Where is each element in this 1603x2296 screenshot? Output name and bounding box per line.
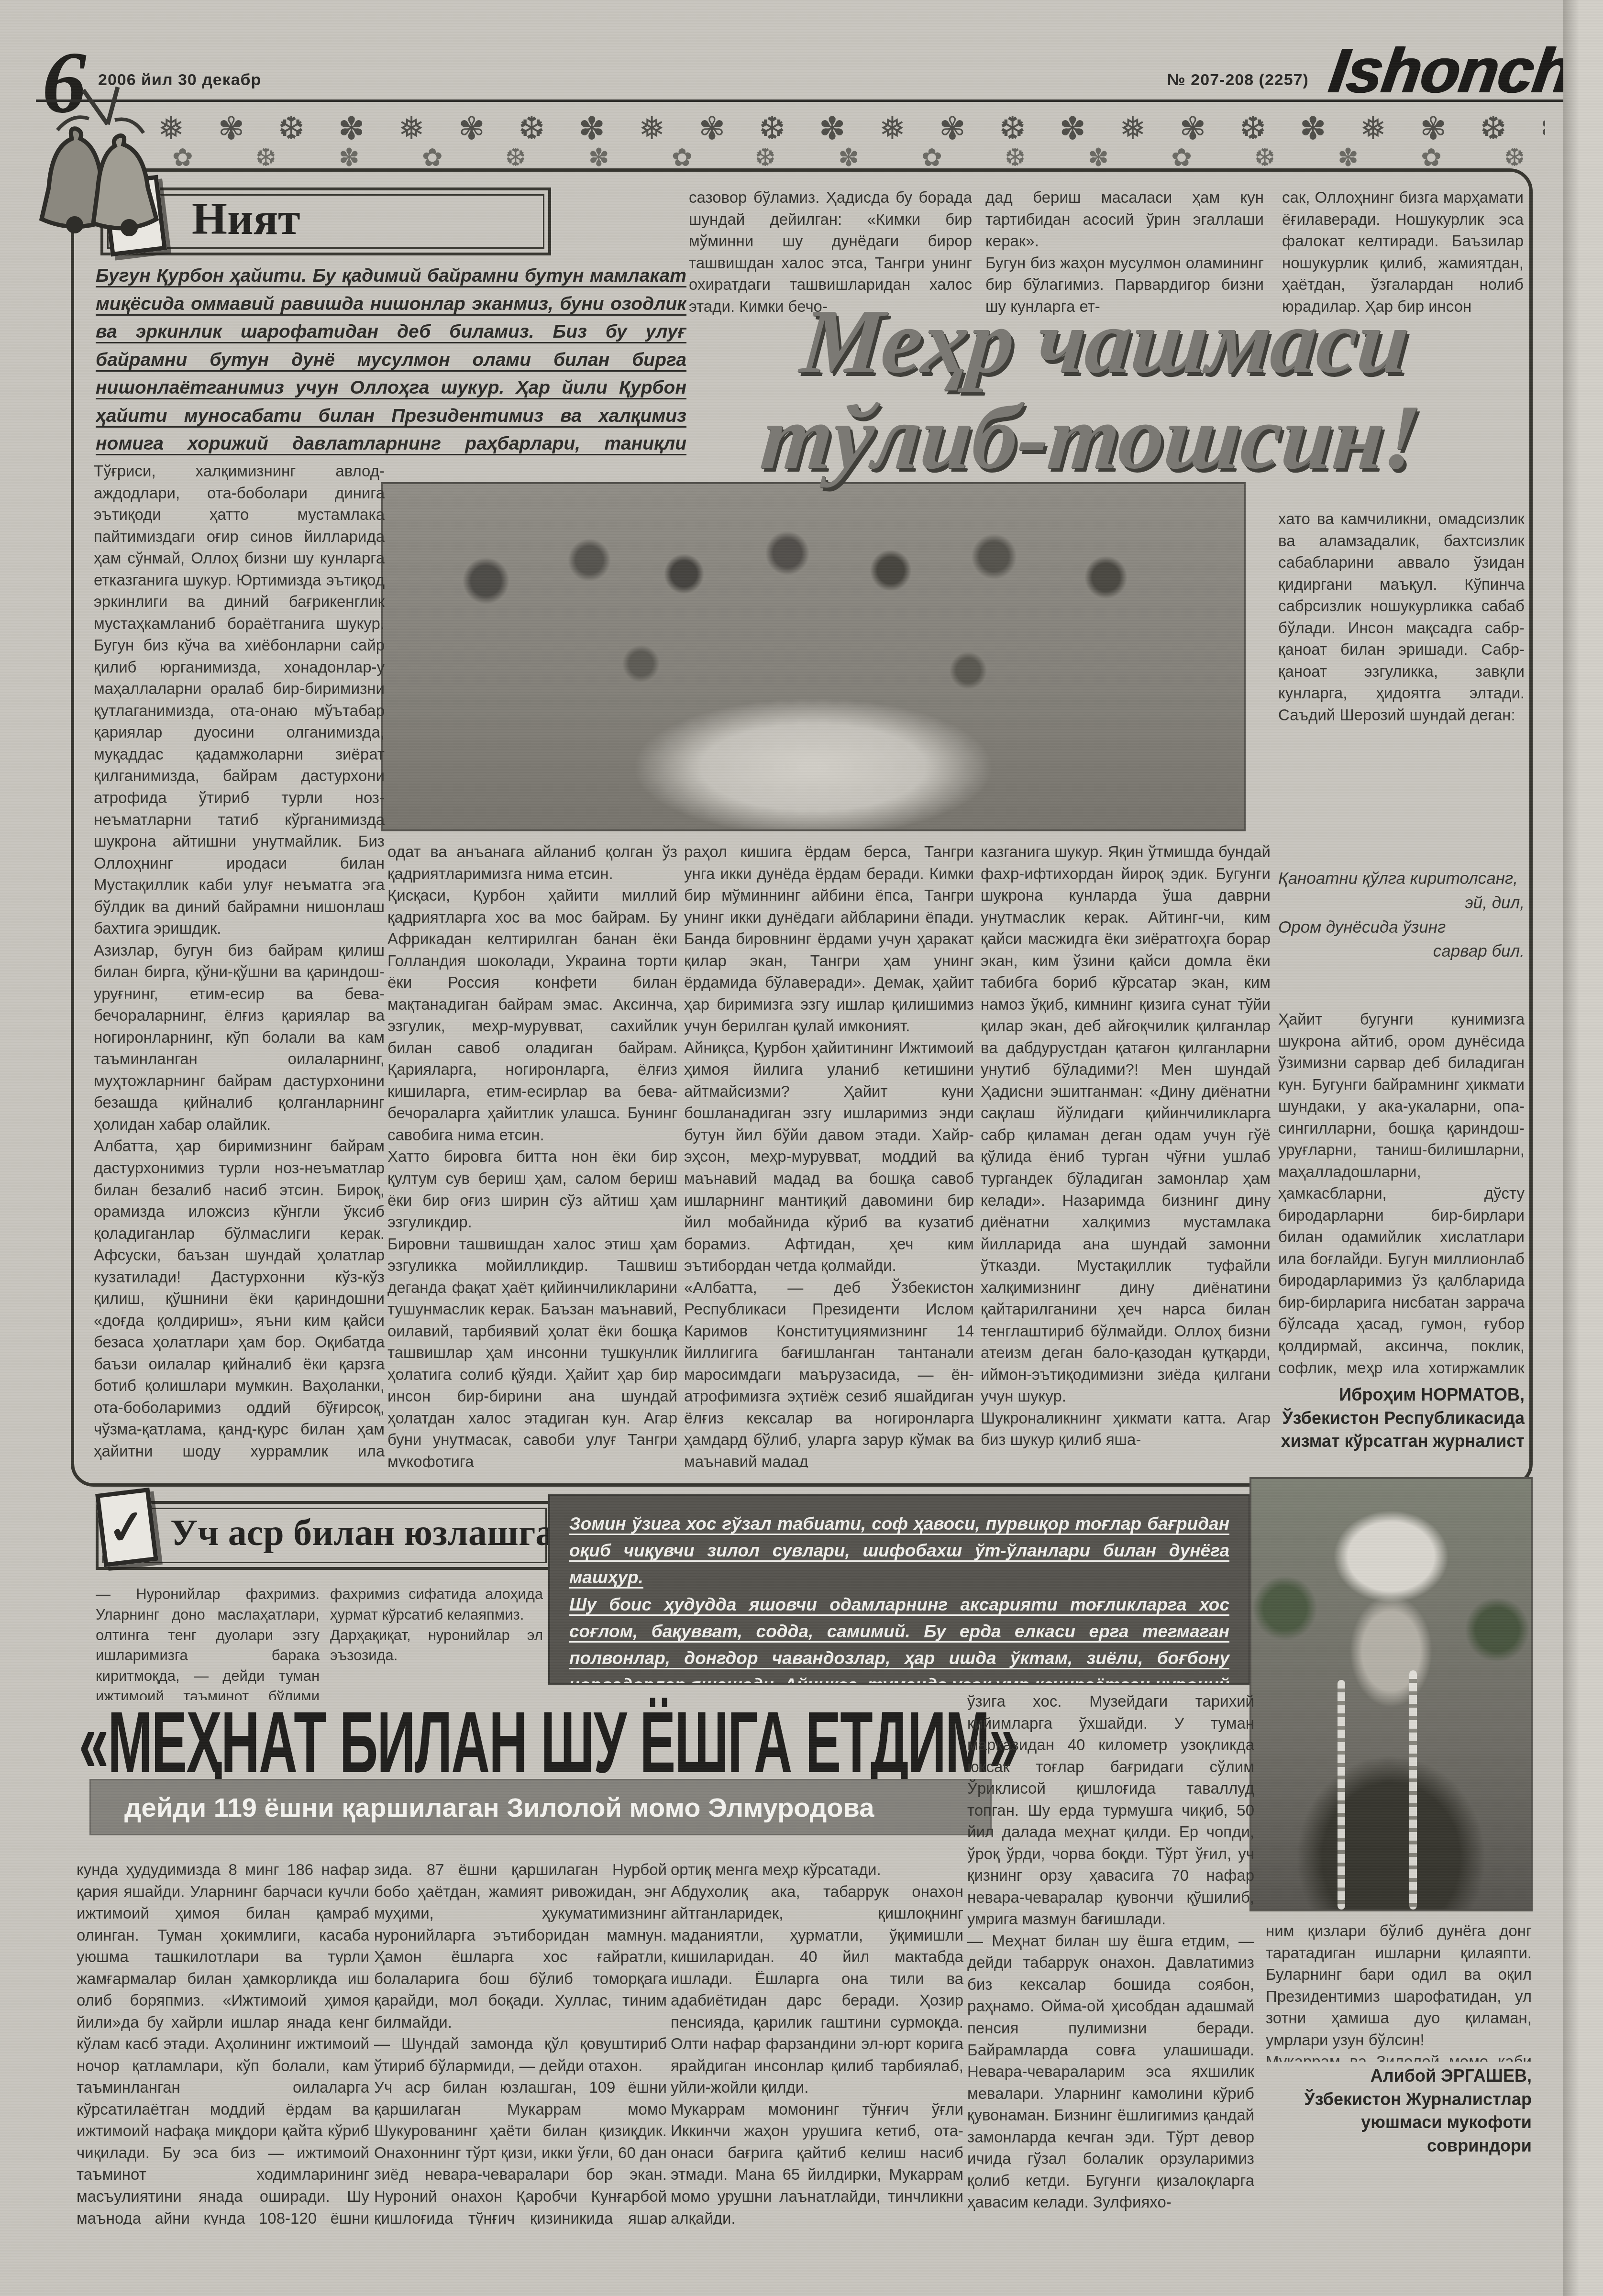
family-feast-photo — [383, 484, 1244, 829]
section-title-2: Уч аср билан юзлашганлар — [99, 1504, 551, 1561]
poem-line: эй, дил, — [1278, 891, 1525, 916]
article1-signature: Иброҳим НОРМАТОВ, Ўзбекистон Республикас… — [1278, 1383, 1525, 1469]
article2-col4: ўзига хос. Музейдаги тарихий кийимларга … — [967, 1690, 1254, 2220]
newspaper-page: 6 2006 йил 30 декабр № 207-208 (2257) Is… — [0, 0, 1603, 2296]
article2-col3: ортиқ менга меҳр кўрсатади. Абдухолиқ ак… — [671, 1859, 963, 2225]
article2-subtitle-bar: дейди 119 ёшни қаршилаган Зилолой момо Э… — [91, 1780, 990, 1834]
poem-line: Қаноатни қўлга киритолсанг, — [1278, 867, 1525, 891]
snowflake-ornament-row-2: ✿ ❆ ✽ ✿ ❆ ✽ ✿ ❆ ✽ ✿ ❆ ✽ ✿ ❆ ✽ ✿ ❆ ✽ ✿ ❆ … — [172, 143, 1540, 172]
article1-col4: казганига шукур. Яқин ўтмишда бундай фах… — [981, 841, 1271, 1468]
article1-col2: одат ва анъанага айланиб қолган ўз қадри… — [387, 841, 677, 1468]
article2-signature: Алибой ЭРГАШЕВ, Ўзбекистон Журналистлар … — [1266, 2064, 1532, 2146]
article1-col5-part2: Ҳайит бугунги кунимизга шукрона айтиб, о… — [1278, 1008, 1525, 1380]
section-box-uch-asr: Уч аср билан юзлашганлар — [96, 1501, 553, 1570]
snowflake-ornament-row: ❅ ✾ ❆ ✽ ❅ ✾ ❆ ✽ ❅ ✾ ❆ ✽ ❅ ✾ ❆ ✽ ❅ ✾ ❆ ✽ … — [158, 110, 1545, 147]
poem-line: сарвар бил. — [1278, 939, 1525, 964]
article2-col5: ним қизлари бўлиб дунёга донг таратадига… — [1266, 1920, 1532, 2062]
bead-necklace — [1338, 1680, 1345, 1910]
header-rule — [36, 99, 1567, 102]
article2-col2: зида. 87 ёшни қаршилаган Нурбой бобо ҳаё… — [374, 1859, 667, 2225]
article2-subtitle: дейди 119 ёшни қаршилаган Зилолой момо Э… — [124, 1792, 874, 1823]
checkbox-icon-2: ✓ — [95, 1488, 158, 1567]
article2-lead: Зомин ўзига хос гўзал табиати, соф ҳавос… — [550, 1496, 1249, 1683]
issue-number: № 207-208 (2257) — [1167, 71, 1309, 89]
bead-necklace — [1409, 1670, 1417, 1910]
article1-col5-part1: хато ва камчиликни, омадсизлик ва аламза… — [1278, 508, 1525, 863]
bells-icon — [29, 81, 172, 282]
scan-edge — [1563, 0, 1603, 2296]
article1-col1: Тўғриси, халқимизнинг авлод-аждодлари, о… — [94, 460, 385, 1464]
article2-colA: — Нуронийлар фахримиз. Уларнинг доно мас… — [96, 1584, 320, 1700]
article1-poem: Қаноатни қўлга киритолсанг, эй, дил, Оро… — [1278, 867, 1525, 1004]
article1-headline-line2: тўлиб-тошсин! — [656, 391, 1526, 483]
article2-colB: фахримиз сифатида алоҳида ҳурмат кўрсати… — [330, 1584, 543, 1700]
article1-lead: Бугун Қурбон ҳайити. Бу қадимий байрамни… — [96, 262, 686, 457]
article1-col3: раҳол кишига ёрдам берса, Тангри унга ик… — [684, 841, 974, 1468]
poem-line: Ором дунёсида ўзинг — [1278, 916, 1525, 940]
masthead-logo: Ishonch — [1326, 39, 1577, 102]
elderly-woman-photo — [1251, 1479, 1531, 1910]
article1-headline-line1: Меҳр чашмаси — [690, 296, 1521, 387]
article2-col1: кунда ҳудудимизда 8 минг 186 нафар қария… — [77, 1859, 369, 2225]
article2-headline: «МЕҲНАТ БИЛАН ШУ ЁШГА ЕТДИМ» — [79, 1692, 1018, 1792]
